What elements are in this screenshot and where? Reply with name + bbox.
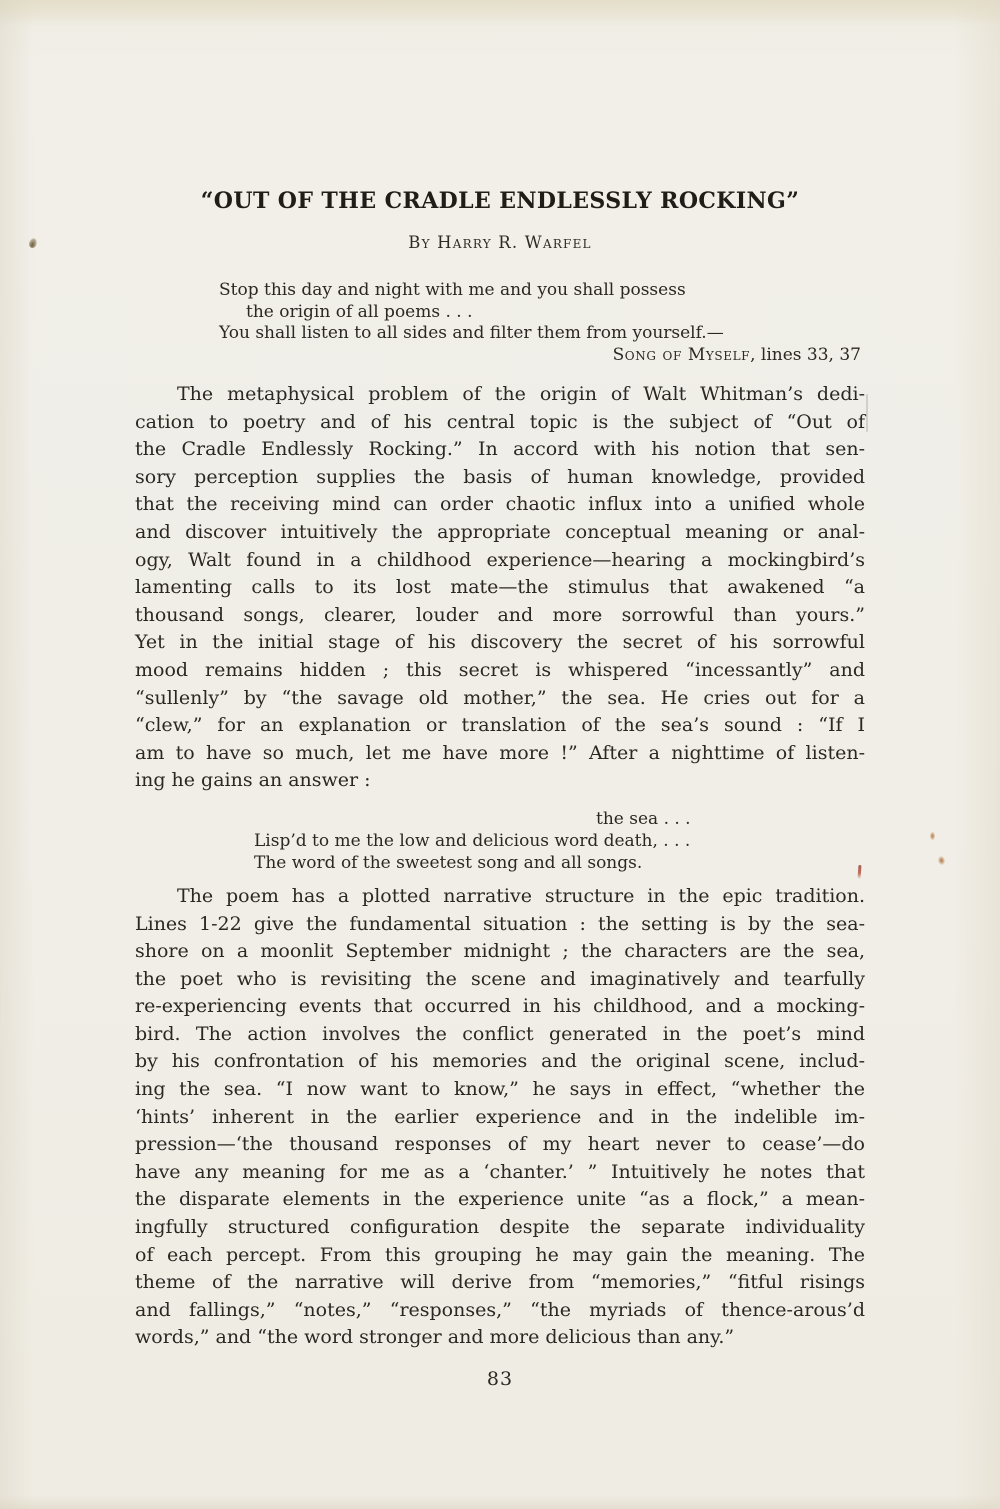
- text-line: ing the sea. “I now want to know,” he sa…: [135, 1076, 865, 1104]
- text-line: and fallings,” “notes,” “responses,” “th…: [135, 1297, 865, 1325]
- text-line: ingfully structured configuration despit…: [135, 1214, 865, 1242]
- text-line: The poem has a plotted narrative structu…: [135, 883, 865, 911]
- scan-artifact-line: [866, 394, 868, 432]
- paper-speck: [930, 832, 935, 840]
- text-line: the Cradle Endlessly Rocking.” In accord…: [135, 436, 865, 464]
- paragraph-1: The metaphysical problem of the origin o…: [135, 381, 865, 795]
- text-line: the disparate elements in the experience…: [135, 1186, 865, 1214]
- page-number: 83: [0, 1366, 1000, 1392]
- text-line: mood remains hidden ; this secret is whi…: [135, 657, 865, 685]
- text-line: lamenting calls to its lost mate—the sti…: [135, 574, 865, 602]
- text-line: cation to poetry and of his central topi…: [135, 409, 865, 437]
- epigraph-line: You shall listen to all sides and filter…: [219, 323, 865, 345]
- text-line: the poet who is revisiting the scene and…: [135, 966, 865, 994]
- text-line: “clew,” for an explanation or translatio…: [135, 712, 865, 740]
- text-line: and discover intuitively the appropriate…: [135, 519, 865, 547]
- text-line: bird. The action involves the conflict g…: [135, 1021, 865, 1049]
- epigraph-line: Stop this day and night with me and you …: [219, 280, 865, 302]
- text-line: shore on a moonlit September midnight ; …: [135, 938, 865, 966]
- epigraph: Stop this day and night with me and you …: [219, 280, 865, 366]
- text-line: am to have so much, let me have more !” …: [135, 740, 865, 768]
- text-line: of each percept. From this grouping he m…: [135, 1242, 865, 1270]
- scanned-book-page: “OUT OF THE CRADLE ENDLESSLY ROCKING” By…: [0, 0, 1000, 1509]
- article-byline: By Harry R. Warfel: [0, 232, 1000, 254]
- epigraph-source-lines: , lines 33, 37: [750, 345, 861, 365]
- text-line: ogy, Walt found in a childhood experienc…: [135, 547, 865, 575]
- epigraph-attribution: Song of Myself, lines 33, 37: [219, 345, 865, 367]
- text-line: The metaphysical problem of the origin o…: [135, 381, 865, 409]
- text-line: pression—‘the thousand responses of my h…: [135, 1131, 865, 1159]
- paragraph-2: The poem has a plotted narrative structu…: [135, 883, 865, 1352]
- text-line: thousand songs, clearer, louder and more…: [135, 602, 865, 630]
- verse-line: the sea . . .: [254, 808, 1000, 830]
- red-pen-mark: [858, 865, 862, 879]
- text-line: have any meaning for me as a ‘chanter.’ …: [135, 1159, 865, 1187]
- verse-quote: the sea . . . Lisp’d to me the low and d…: [254, 808, 1000, 874]
- verse-line: The word of the sweetest song and all so…: [254, 852, 1000, 874]
- epigraph-line: the origin of all poems . . .: [219, 302, 865, 324]
- epigraph-source-title: Song of Myself: [613, 345, 751, 365]
- verse-line: Lisp’d to me the low and delicious word …: [254, 830, 1000, 852]
- text-line: by his confrontation of his memories and…: [135, 1048, 865, 1076]
- article-title: “OUT OF THE CRADLE ENDLESSLY ROCKING”: [0, 0, 1000, 216]
- text-line: ‘hints’ inherent in the earlier experien…: [135, 1104, 865, 1132]
- text-line: Lines 1-22 give the fundamental situatio…: [135, 911, 865, 939]
- text-line: “sullenly” by “the savage old mother,” t…: [135, 685, 865, 713]
- text-line: re-experiencing events that occurred in …: [135, 993, 865, 1021]
- text-line: sory perception supplies the basis of hu…: [135, 464, 865, 492]
- text-line: words,” and “the word stronger and more …: [135, 1324, 865, 1352]
- text-line: theme of the narrative will derive from …: [135, 1269, 865, 1297]
- text-line: that the receiving mind can order chaoti…: [135, 491, 865, 519]
- text-line: ing he gains an answer :: [135, 767, 865, 795]
- text-line: Yet in the initial stage of his discover…: [135, 629, 865, 657]
